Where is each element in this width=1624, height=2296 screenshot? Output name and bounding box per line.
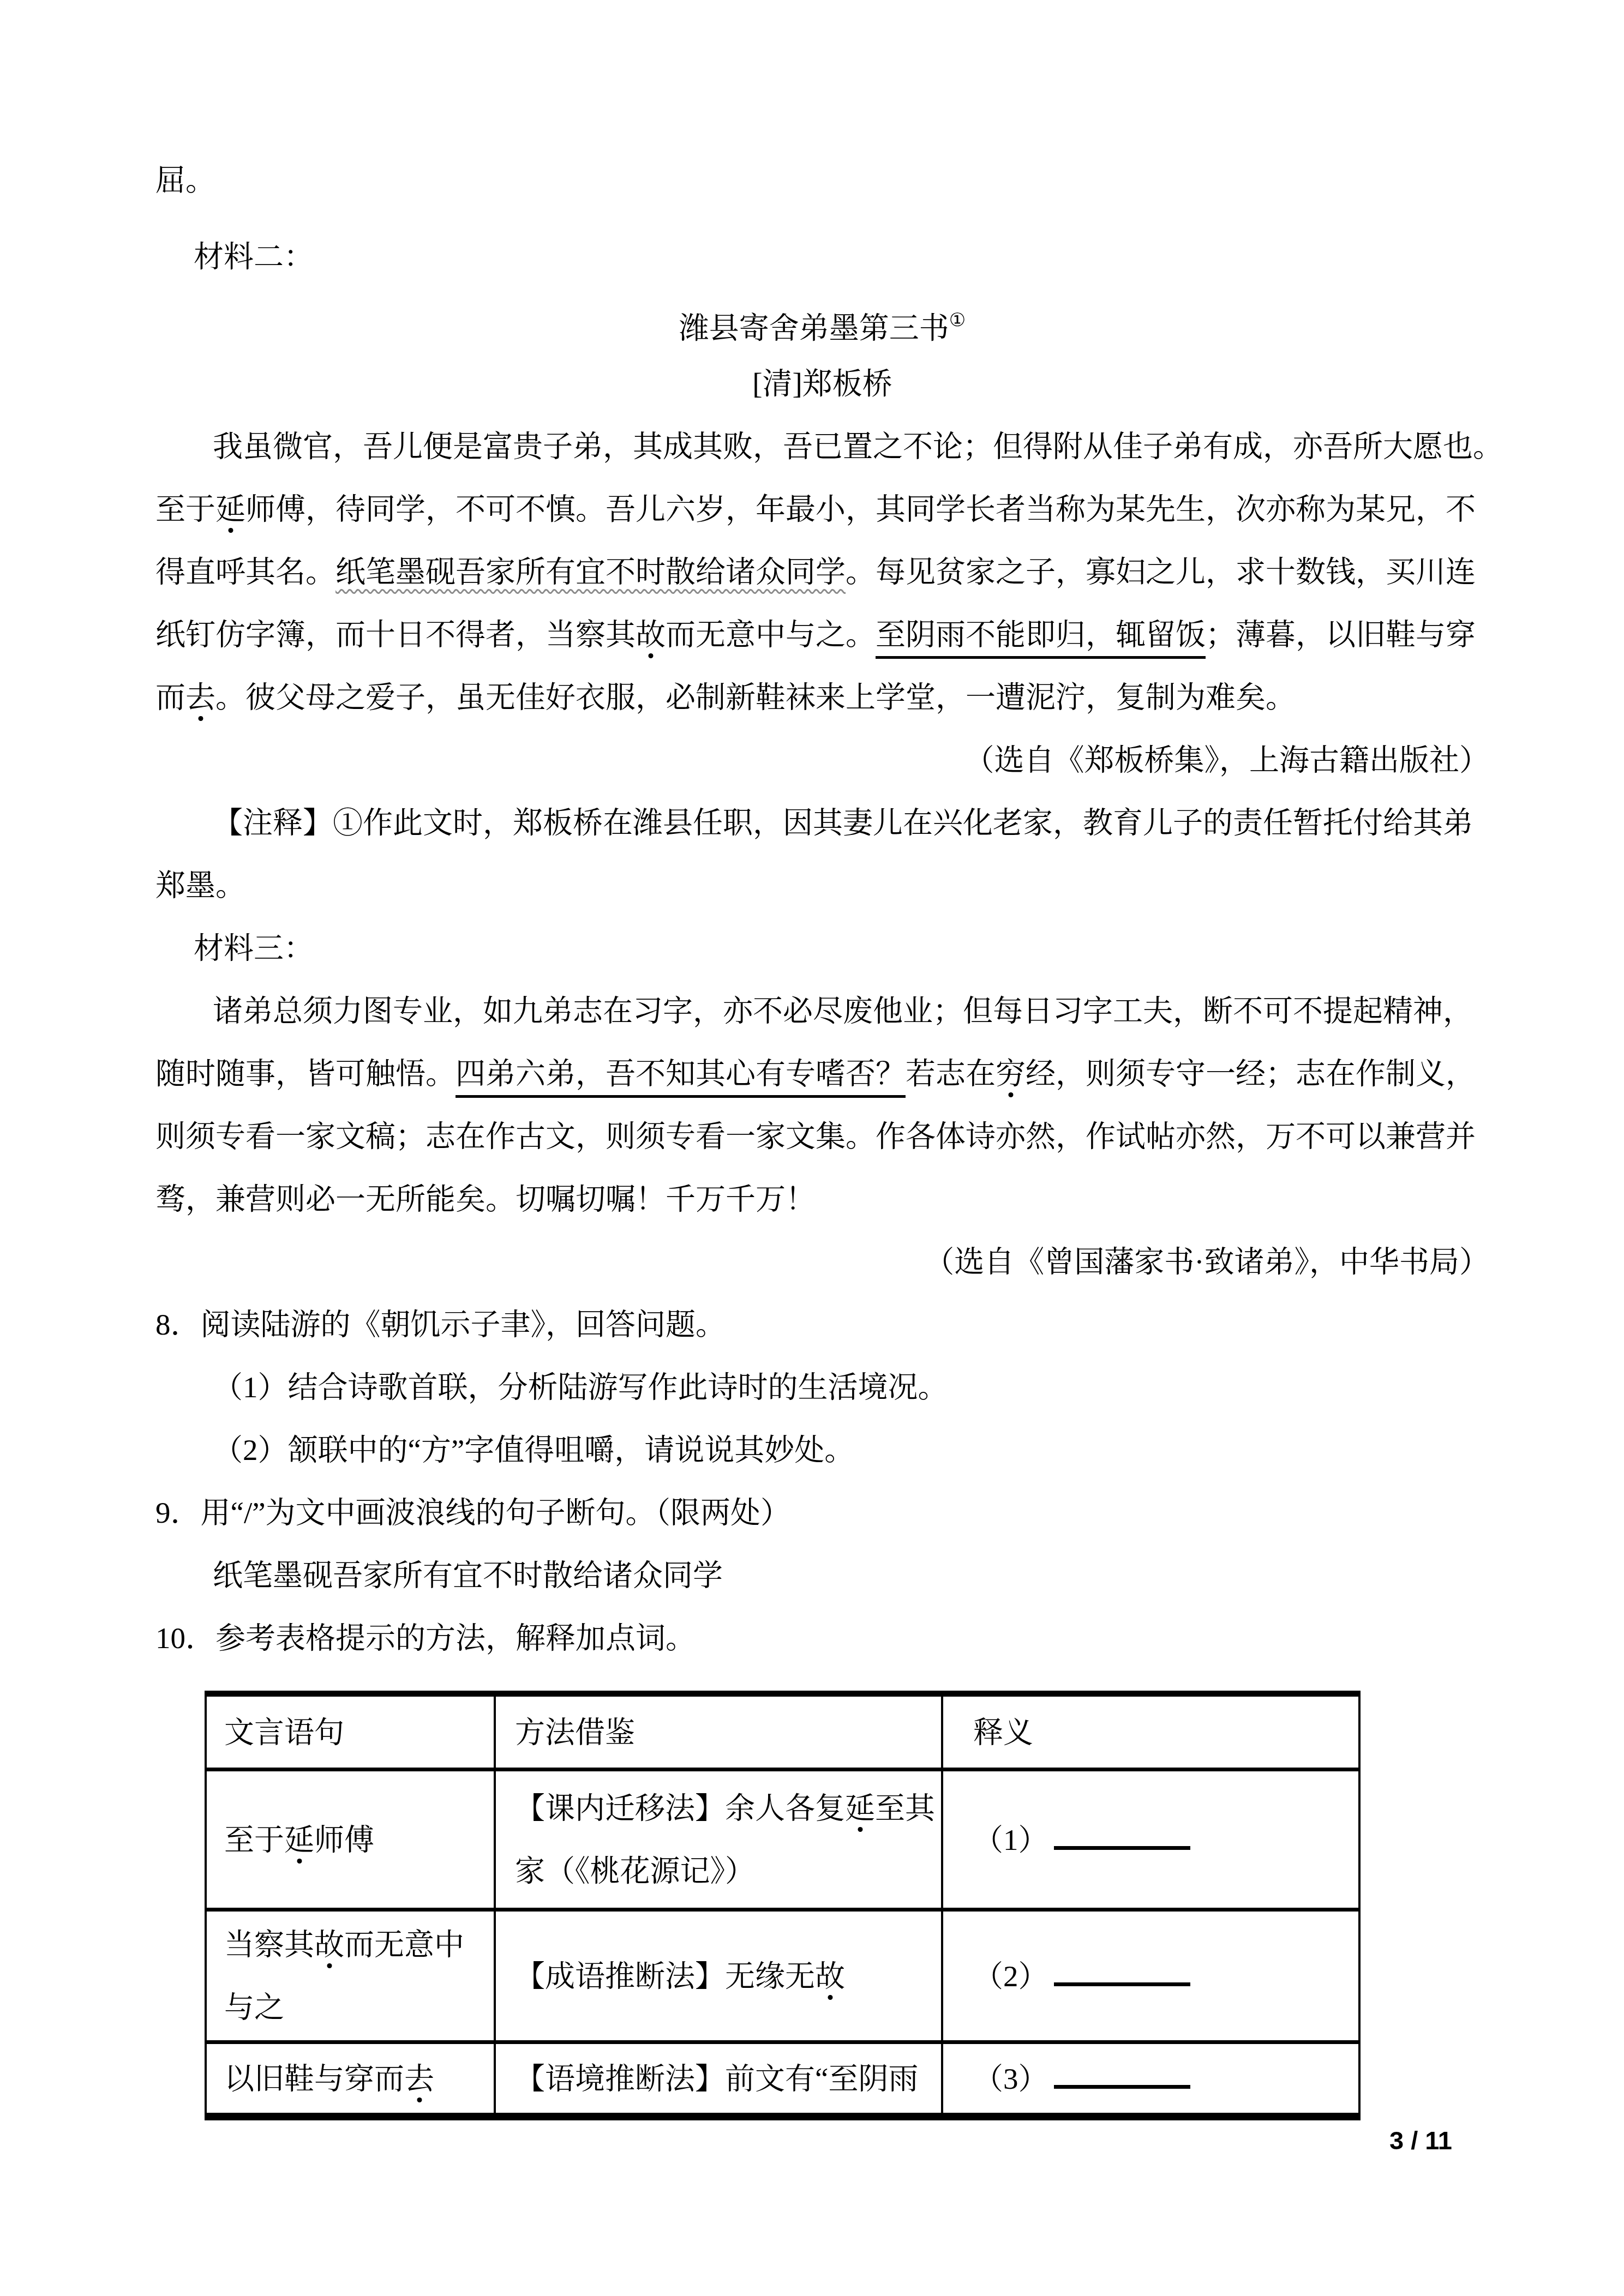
footnote-line1: 【注释】①作此文时，郑板桥在潍县任职，因其妻儿在兴化老家，教育儿子的责任暂托付给…: [155, 791, 1473, 854]
emphasis-dotted-char: 故: [815, 1960, 845, 1993]
text-segment: 屈。: [155, 164, 215, 197]
text-segment: 材料三：: [194, 931, 314, 965]
cell-line: 【语境推断法】前文有“至阴雨: [515, 2047, 941, 2110]
paragraph1-line1: 我虽微官，吾儿便是富贵子弟，其成其败，吾已置之不论；但得附从佳子弟有成，亦吾所大…: [155, 415, 1503, 478]
paragraph1-line2: 至于延师傅，待同学，不可不慎。吾儿六岁，年最小，其同学长者当称为某先生，次亦称为…: [155, 478, 1476, 540]
cell-line: 至于延师傅: [224, 1808, 494, 1871]
text-segment: 而无意中与之。: [666, 618, 876, 651]
text-segment: 至于: [155, 492, 215, 526]
question-8: 8．阅读陆游的《朝饥示子聿》，回答问题。: [155, 1293, 726, 1356]
text-segment: 至于: [224, 1823, 284, 1856]
text-segment: （1）结合诗歌首联，分析陆游写作此诗时的生活境况。: [213, 1371, 948, 1404]
text-segment: 潍县寄舍弟墨第三书: [679, 311, 949, 345]
paragraph-tail-line: 屈。: [155, 149, 215, 212]
row1-answer-cell: （1）: [942, 1770, 1359, 1910]
table-row: 以旧鞋与穿而去 【语境推断法】前文有“至阴雨 （3）: [206, 2042, 1359, 2117]
text-segment: 得直呼其名。: [155, 555, 335, 588]
source-attribution-2: （选自《曾国藩家书·致诸弟》，中华书局）: [155, 1230, 1489, 1293]
row1-phrase-cell: 至于延师傅: [206, 1770, 495, 1910]
underlined-phrase: 至阴雨不能即归，辄留饭: [876, 618, 1206, 659]
document-page: 屈。 材料二： 潍县寄舍弟墨第三书① [清]郑板桥 我虽微官，吾儿便是富贵子弟，…: [0, 0, 1624, 2296]
emphasis-dotted-char: 穷: [996, 1057, 1026, 1090]
text-segment: 【注释】①作此文时，郑板桥在潍县任职，因其妻儿在兴化老家，教育儿子的责任暂托付给…: [213, 806, 1473, 839]
header-cell-method: 方法借鉴: [495, 1694, 942, 1770]
text-body: 屈。 材料二： 潍县寄舍弟墨第三书① [清]郑板桥 我虽微官，吾儿便是富贵子弟，…: [155, 0, 1489, 2296]
table-row: 至于延师傅 【课内迁移法】余人各复延至其家（《桃花源记》） （1）: [206, 1770, 1359, 1910]
cell-line: （3）: [973, 2047, 1358, 2110]
text-segment: 材料二：: [194, 240, 314, 273]
emphasis-dotted-char: 去: [185, 681, 215, 714]
text-segment: 师傅: [314, 1823, 374, 1856]
table-header-row: 文言语句 方法借鉴 释义: [206, 1694, 1359, 1770]
cell-line: 【成语推断法】无缘无故: [515, 1945, 941, 2008]
text-segment: （2）: [973, 1960, 1048, 1993]
text-segment: ；薄暮，以旧鞋与穿: [1206, 618, 1476, 651]
text-segment: （选自《郑板桥集》，上海古籍出版社）: [964, 743, 1489, 777]
text-segment: 而无意中: [344, 1928, 464, 1961]
paragraph2-line3: 则须专看一家文稿；志在作古文，则须专看一家文集。作各体诗亦然，作试帖亦然，万不可…: [155, 1105, 1476, 1168]
letter-author: [清]郑板桥: [155, 352, 1489, 415]
row2-method-cell: 【成语推断法】无缘无故: [495, 1910, 942, 2042]
question-9: 9．用“/”为文中画波浪线的句子断句。（限两处）: [155, 1481, 790, 1544]
text-segment: 。彼父母之爱子，虽无佳好衣服，必制新鞋袜来上学堂，一遭泥泞，复制为难矣。: [215, 681, 1296, 714]
question-8-sub1: （1）结合诗歌首联，分析陆游写作此诗时的生活境况。: [155, 1356, 948, 1419]
table-row: 当察其故而无意中与之 【成语推断法】无缘无故 （2）: [206, 1910, 1359, 2042]
paragraph1-line5: 而去。彼父母之爱子，虽无佳好衣服，必制新鞋袜来上学堂，一遭泥泞，复制为难矣。: [155, 666, 1296, 729]
footnote-line2: 郑墨。: [155, 854, 245, 917]
text-segment: 纸笔墨砚吾家所有宜不时散给诸众同学: [213, 1559, 723, 1592]
row3-method-cell: 【语境推断法】前文有“至阴雨: [495, 2042, 942, 2117]
text-segment: 方法借鉴: [515, 1716, 635, 1749]
source-attribution-1: （选自《郑板桥集》，上海古籍出版社）: [155, 729, 1489, 791]
underlined-phrase: 纸笔墨砚吾家所有宜不时散给诸众同学: [335, 555, 846, 588]
text-segment: 9．用“/”为文中画波浪线的句子断句。（限两处）: [155, 1496, 790, 1529]
text-segment: 诸弟总须力图专业，如九弟志在习字，亦不必尽废他业；但每日习字工夫，断不可不提起精…: [213, 994, 1473, 1027]
emphasis-dotted-char: 故: [314, 1928, 344, 1961]
text-segment: 师傅，待同学，不可不慎。吾儿六岁，年最小，其同学长者当称为某先生，次亦称为某兄，…: [245, 492, 1476, 526]
underlined-phrase: 四弟六弟，吾不知其心有专嗜否？: [456, 1057, 906, 1098]
paragraph2-line1: 诸弟总须力图专业，如九弟志在习字，亦不必尽废他业；但每日习字工夫，断不可不提起精…: [155, 979, 1473, 1042]
material2-label: 材料二：: [155, 225, 314, 288]
cell-line: 【课内迁移法】余人各复延至其: [515, 1777, 941, 1840]
cell-line: 与之: [224, 1976, 494, 2039]
row3-answer-cell: （3）: [942, 2042, 1359, 2117]
text-segment: （3）: [973, 2062, 1048, 2095]
text-segment: （2）颔联中的“方”字值得咀嚼，请说说其妙处。: [213, 1433, 854, 1466]
question-9-sentence: 纸笔墨砚吾家所有宜不时散给诸众同学: [155, 1544, 723, 1607]
text-segment: [清]郑板桥: [752, 367, 892, 400]
letter-title: 潍县寄舍弟墨第三书①: [155, 289, 1489, 352]
emphasis-dotted-char: 延: [284, 1823, 314, 1856]
text-segment: 与之: [224, 1991, 284, 2024]
text-segment: 释义: [973, 1716, 1033, 1749]
paragraph2-line2: 随时随事，皆可触悟。四弟六弟，吾不知其心有专嗜否？若志在穷经，则须专守一经；志在…: [155, 1042, 1476, 1105]
emphasis-dotted-char: 去: [404, 2062, 434, 2095]
header-cell-phrase: 文言语句: [206, 1694, 495, 1770]
cell-line: （1）: [973, 1808, 1358, 1871]
cell-line: （2）: [973, 1945, 1358, 2008]
header-cell-meaning: 释义: [942, 1694, 1359, 1770]
answer-blank: [1054, 1978, 1190, 1986]
text-segment: 随时随事，皆可触悟。: [155, 1057, 456, 1090]
text-segment: 8．阅读陆游的《朝饥示子聿》，回答问题。: [155, 1308, 726, 1341]
row3-phrase-cell: 以旧鞋与穿而去: [206, 2042, 495, 2117]
word-explanation-table: 文言语句 方法借鉴 释义 至于延师傅 【课内迁移法】余人各复延至其家（《桃花源记…: [205, 1691, 1361, 2120]
text-segment: 而: [155, 681, 185, 714]
row1-method-cell: 【课内迁移法】余人各复延至其家（《桃花源记》）: [495, 1770, 942, 1910]
text-segment: 文言语句: [224, 1716, 344, 1749]
emphasis-dotted-char: 故: [636, 618, 666, 651]
text-segment: 纸钉仿字簿，而十日不得者，当察其: [155, 618, 636, 651]
text-segment: （1）: [973, 1823, 1048, 1856]
cell-line: 文言语句: [224, 1701, 494, 1764]
answer-blank: [1054, 2081, 1190, 2089]
cell-line: 以旧鞋与穿而去: [224, 2047, 494, 2110]
paragraph2-line4: 骛，兼营则必一无所能矣。切嘱切嘱！千万千万！: [155, 1168, 816, 1230]
cell-line: 当察其故而无意中: [224, 1913, 494, 1976]
paragraph1-line4: 纸钉仿字簿，而十日不得者，当察其故而无意中与之。至阴雨不能即归，辄留饭；薄暮，以…: [155, 603, 1476, 666]
cell-line: 方法借鉴: [515, 1701, 941, 1764]
page-number: 3 / 11: [1389, 2127, 1452, 2153]
text-segment: ①: [949, 310, 966, 330]
paragraph1-line3: 得直呼其名。纸笔墨砚吾家所有宜不时散给诸众同学。每见贫家之子，寡妇之儿，求十数钱…: [155, 540, 1476, 603]
emphasis-dotted-char: 延: [845, 1792, 875, 1825]
text-segment: 【成语推断法】无缘无: [515, 1960, 815, 1993]
text-segment: （选自《曾国藩家书·致诸弟》，中华书局）: [924, 1245, 1489, 1278]
text-segment: 经，则须专守一经；志在作制义，: [1026, 1057, 1476, 1090]
text-segment: 以旧鞋与穿而: [224, 2062, 404, 2095]
text-segment: 至其: [875, 1792, 935, 1825]
cell-line: 家（《桃花源记》）: [515, 1840, 941, 1902]
emphasis-dotted-char: 延: [215, 492, 245, 526]
row2-phrase-cell: 当察其故而无意中与之: [206, 1910, 495, 2042]
question-8-sub2: （2）颔联中的“方”字值得咀嚼，请说说其妙处。: [155, 1419, 854, 1481]
row2-answer-cell: （2）: [942, 1910, 1359, 2042]
text-segment: 我虽微官，吾儿便是富贵子弟，其成其败，吾已置之不论；但得附从佳子弟有成，亦吾所大…: [213, 430, 1503, 463]
text-segment: 则须专看一家文稿；志在作古文，则须专看一家文集。作各体诗亦然，作试帖亦然，万不可…: [155, 1120, 1476, 1153]
answer-blank: [1054, 1842, 1190, 1850]
text-segment: 【课内迁移法】余人各复: [515, 1792, 845, 1825]
text-segment: 郑墨。: [155, 869, 245, 902]
cell-line: 释义: [973, 1701, 1358, 1764]
text-segment: 家（《桃花源记》）: [515, 1854, 755, 1888]
text-segment: 若志在: [906, 1057, 996, 1090]
text-segment: 10．参考表格提示的方法，解释加点词。: [155, 1621, 696, 1655]
material3-label: 材料三：: [155, 917, 314, 979]
text-segment: 当察其: [224, 1928, 314, 1961]
question-10: 10．参考表格提示的方法，解释加点词。: [155, 1607, 696, 1669]
text-segment: 。每见贫家之子，寡妇之儿，求十数钱，买川连: [846, 555, 1476, 588]
text-segment: 骛，兼营则必一无所能矣。切嘱切嘱！千万千万！: [155, 1182, 816, 1216]
text-segment: 【语境推断法】前文有“至阴雨: [515, 2062, 918, 2095]
